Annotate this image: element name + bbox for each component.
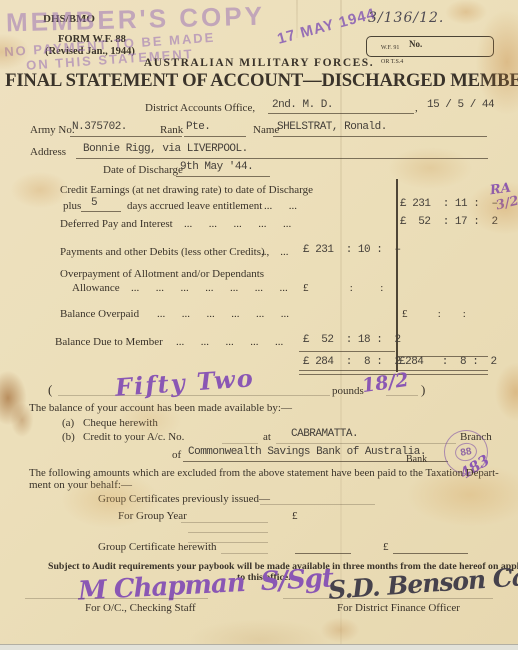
- group-certs-previous-label: Group Certificates previously issued—: [98, 493, 270, 505]
- refbox-no-label: No.: [409, 39, 422, 49]
- credit-leader-dots: ... ...: [264, 200, 297, 212]
- amount-in-words-handwritten: Fifty Two: [114, 363, 255, 402]
- herewith-underline-1: [221, 553, 268, 554]
- credit-earnings-label: Credit Earnings (at net drawing rate) to…: [60, 184, 313, 196]
- office-comma: ,: [415, 102, 418, 114]
- rank-underline: [184, 136, 246, 137]
- office-date: 15 / 5 / 44: [427, 99, 494, 111]
- bank-value: Commonwealth Savings Bank of Australia.: [188, 446, 426, 458]
- item-b-label: (b): [62, 431, 75, 443]
- branch-value: CABRAMATTA.: [291, 428, 358, 440]
- deferred-leader-dots: ... ... ... ... ...: [184, 218, 291, 230]
- army-no-underline: [70, 136, 182, 137]
- address-label: Address: [30, 146, 66, 158]
- overpayment-amount-blank: £ : :: [303, 282, 383, 294]
- name-label: Name: [253, 124, 279, 136]
- name-underline: [273, 136, 487, 137]
- words-close-paren: ): [421, 382, 425, 398]
- group-year-label: For Group Year: [118, 510, 187, 522]
- discharge-underline: [176, 176, 270, 177]
- balance-due-dots: ... ... ... ... ...: [176, 336, 283, 348]
- taxation-line1: The following amounts which are excluded…: [29, 467, 499, 479]
- group-year-pound-sign: £: [292, 510, 298, 522]
- item-b-text: Credit to your A/c. No.: [83, 431, 184, 443]
- overpayment-leader-dots: ... ... ... ... ... ... ...: [131, 282, 288, 294]
- words-underline-2: [386, 395, 418, 396]
- group-cert-herewith-label: Group Certificate herewith: [98, 541, 217, 553]
- refbox-code-1: W.F. 91: [381, 45, 399, 51]
- signature-caption-right: For District Finance Officer: [337, 602, 460, 614]
- payments-amount: £ 231 : 10 : –: [303, 244, 401, 256]
- bank-underline: [183, 461, 448, 462]
- org-heading: AUSTRALIAN MILITARY FORCES.: [0, 57, 518, 69]
- balance-overpaid-label: Balance Overpaid: [60, 308, 139, 320]
- deferred-pay-label: Deferred Pay and Interest: [60, 218, 173, 230]
- group-year-underline: [181, 522, 268, 523]
- pounds-label: pounds: [332, 385, 364, 397]
- date-received-stamp: 17 MAY 1944: [276, 5, 378, 48]
- balance-due-amount: £ 52 : 18 : 2: [303, 334, 401, 346]
- bank-label: Bank: [406, 454, 427, 465]
- members-copy-stamp: MEMBER'S COPY: [6, 1, 266, 39]
- page-title: FINAL STATEMENT OF ACCOUNT—DISCHARGED ME…: [5, 70, 513, 92]
- herewith-underline-2: [295, 553, 351, 554]
- signature-caption-left: For O/C., Checking Staff: [85, 602, 196, 614]
- overpayment-label-line2: Allowance: [72, 282, 120, 294]
- army-no-value: N.375702.: [72, 121, 127, 133]
- address-value: Bonnie Rigg, via LIVERPOOL.: [83, 143, 248, 155]
- army-no-label: Army No.: [30, 124, 75, 136]
- of-label: of: [172, 449, 181, 461]
- office-value: 2nd. M. D.: [272, 99, 333, 111]
- credit-amount: £ 231 : 11 : –: [400, 198, 498, 210]
- office-underline: [268, 113, 414, 114]
- file-reference-handwritten: 3/136/12.: [368, 10, 444, 26]
- deferred-amount: £ 52 : 17 : 2: [400, 216, 498, 228]
- account-no-underline: [222, 443, 258, 444]
- disbursement-intro: The balance of your account has been mad…: [29, 402, 292, 414]
- balance-overpaid-dots: ... ... ... ... ... ...: [157, 308, 289, 320]
- discharge-date-value: 9th May '44.: [180, 161, 253, 173]
- reference-number-box: W.F. 91 OR T.S.4 No.: [366, 36, 494, 57]
- total-amount-outer: £284 : 8 : 2: [399, 356, 497, 368]
- balance-due-underline: [299, 351, 395, 352]
- plus-label: plus: [63, 200, 81, 212]
- overpayment-label-line1: Overpayment of Allotment and/or Dependan…: [60, 268, 264, 280]
- rank-value: Pte.: [186, 121, 210, 133]
- herewith-underline-3: [393, 553, 468, 554]
- words-open-paren: (: [48, 382, 52, 398]
- group-certs-underline: [260, 504, 375, 505]
- taxation-line2: ment on your behalf:—: [29, 479, 132, 491]
- document-page: DHS/BMO FORM W.F. 88 (Revised Jan., 1944…: [0, 0, 518, 650]
- leave-days-underline: [81, 211, 121, 212]
- discharge-date-label: Date of Discharge: [103, 164, 183, 176]
- scan-bottom-edge: [0, 644, 518, 650]
- address-underline: [76, 158, 488, 159]
- item-a-label: (a): [62, 417, 74, 429]
- payments-label: Payments and other Debits (less other Cr…: [60, 246, 265, 258]
- item-a-text: Cheque herewith: [83, 417, 158, 429]
- branch-underline: [276, 443, 456, 444]
- rank-label: Rank: [160, 124, 183, 136]
- balance-overpaid-amount-blank: £ : :: [402, 308, 466, 320]
- herewith-pound-sign: £: [383, 541, 389, 553]
- payments-leader-dots: .., ...: [261, 246, 289, 258]
- total-amount-inner: £ 284 : 8 : 2: [303, 356, 401, 368]
- signature-line-right: [283, 598, 493, 599]
- signature-line-left: [25, 598, 208, 599]
- leave-label: days accrued leave entitlement: [127, 200, 262, 212]
- balance-due-label: Balance Due to Member: [55, 336, 163, 348]
- leave-days-value: 5: [91, 197, 97, 209]
- blank-row-line-1: [188, 532, 268, 533]
- office-label: District Accounts Office,: [145, 102, 255, 114]
- at-label: at: [263, 431, 271, 443]
- name-value: SHELSTRAT, Ronald.: [277, 121, 387, 133]
